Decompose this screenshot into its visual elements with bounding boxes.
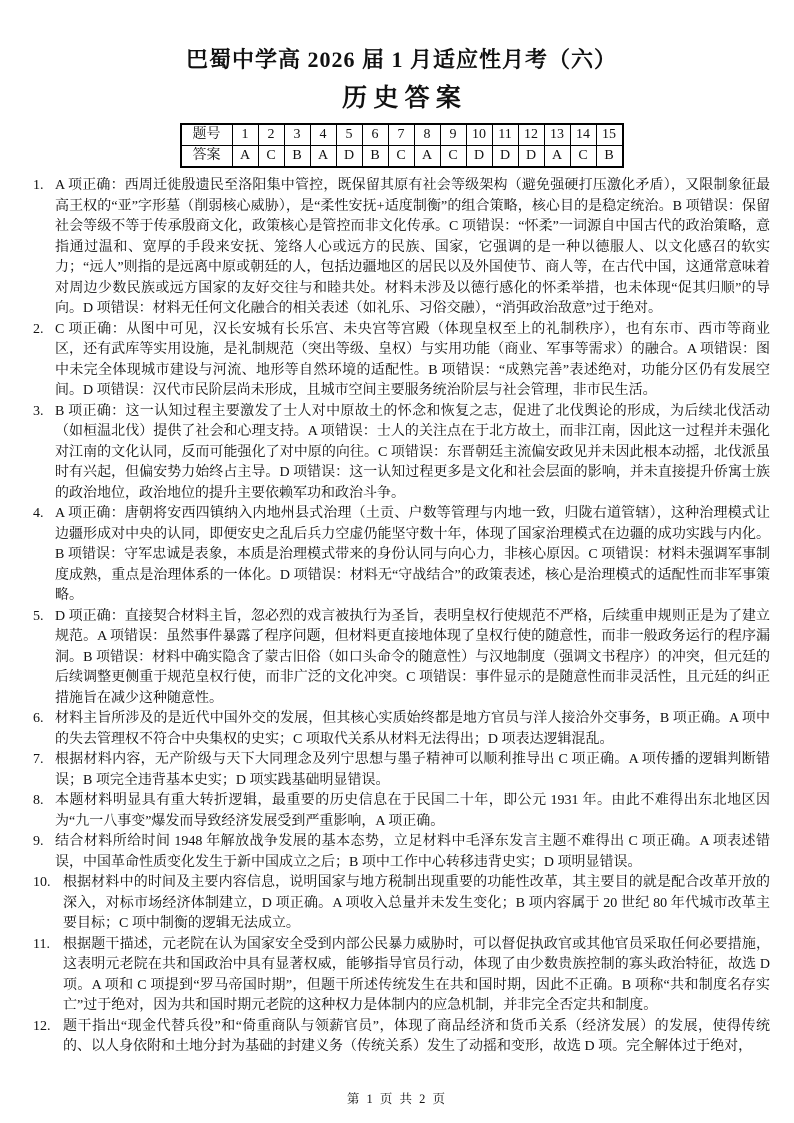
question-number-cell: 9 [440,124,466,146]
question-number-cell: 3 [284,124,310,146]
question-number-row: 题号 1 2 3 4 5 6 7 8 9 10 11 12 13 14 15 [181,124,623,146]
item-number: 12. [33,1017,63,1058]
question-number-cell: 14 [570,124,596,146]
question-number-cell: 5 [336,124,362,146]
question-number-cell: 6 [362,124,388,146]
item-text: 题干指出“现金代替兵役”和“倚重商队与领薪官员”，体现了商品经济和货币关系（经济… [63,1017,770,1058]
answer-cell: D [518,146,544,168]
item-text: 材料主旨所涉及的是近代中国外交的发展，但其核心实质始终都是地方官员与洋人接洽外交… [55,709,770,750]
item-text: 结合材料所给时间 1948 年解放战争发展的基本态势，立足材料中毛泽东发言主题不… [55,832,770,873]
explanation-item: 4. A 项正确：唐朝将安西四镇纳入内地州县式治理（土贡、户数等管理与内地一致，… [33,504,770,607]
explanation-item: 7. 根据材料内容，无产阶级与天下大同理念及列宁思想与墨子精神可以顺利推导出 C… [33,750,770,791]
answer-cell: A [310,146,336,168]
item-number: 4. [33,504,55,607]
document-page: 巴蜀中学高 2026 届 1 月适应性月考（六） 历 史 答 案 题号 1 2 … [0,0,794,1123]
question-number-header: 题号 [181,124,233,146]
explanation-item: 9. 结合材料所给时间 1948 年解放战争发展的基本态势，立足材料中毛泽东发言… [33,832,770,873]
explanation-item: 5. D 项正确：直接契合材料主旨，忽必烈的戏言被执行为圣旨，表明皇权行使规范不… [33,607,770,710]
question-number-cell: 12 [518,124,544,146]
item-number: 7. [33,750,55,791]
question-number-cell: 7 [388,124,414,146]
answer-cell: B [284,146,310,168]
answer-cell: D [466,146,492,168]
explanation-item: 12. 题干指出“现金代替兵役”和“倚重商队与领薪官员”，体现了商品经济和货币关… [33,1017,770,1058]
question-number-cell: 4 [310,124,336,146]
question-number-cell: 8 [414,124,440,146]
page-title: 巴蜀中学高 2026 届 1 月适应性月考（六） [33,46,770,74]
explanation-item: 3. B 项正确：这一认知过程主要激发了士人对中原故土的怀念和恢复之志，促进了北… [33,402,770,505]
item-text: 根据题干描述，元老院在认为国家安全受到内部公民暴力威胁时，可以督促执政官或其他官… [63,935,770,1017]
item-text: B 项正确：这一认知过程主要激发了士人对中原故土的怀念和恢复之志，促进了北伐舆论… [55,402,770,505]
item-number: 3. [33,402,55,505]
item-number: 8. [33,791,55,832]
item-text: C 项正确：从图中可见，汉长安城有长乐宫、未央宫等宫殿（体现皇权至上的礼制秩序）… [55,320,770,402]
item-number: 6. [33,709,55,750]
item-text: A 项正确：西周迁徙殷遗民至洛阳集中管控，既保留其原有社会等级架构（避免强硬打压… [55,176,770,320]
explanation-list: 1. A 项正确：西周迁徙殷遗民至洛阳集中管控，既保留其原有社会等级架构（避免强… [33,176,770,1058]
explanation-item: 6. 材料主旨所涉及的是近代中国外交的发展，但其核心实质始终都是地方官员与洋人接… [33,709,770,750]
explanation-item: 11. 根据题干描述，元老院在认为国家安全受到内部公民暴力威胁时，可以督促执政官… [33,935,770,1017]
explanation-item: 1. A 项正确：西周迁徙殷遗民至洛阳集中管控，既保留其原有社会等级架构（避免强… [33,176,770,320]
page-subtitle: 历 史 答 案 [33,84,770,114]
question-number-cell: 1 [232,124,258,146]
answer-cell: A [544,146,570,168]
question-number-cell: 11 [492,124,518,146]
item-text: D 项正确：直接契合材料主旨，忽必烈的戏言被执行为圣旨，表明皇权行使规范不严格，… [55,607,770,710]
item-text: 根据材料中的时间及主要内容信息，说明国家与地方税制出现重要的功能性改革，其主要目… [63,873,770,935]
answer-cell: D [492,146,518,168]
answer-row: 答案 A C B A D B C A C D D D A C B [181,146,623,168]
answer-cell: C [388,146,414,168]
item-number: 9. [33,832,55,873]
page-footer: 第 1 页 共 2 页 [0,1089,794,1107]
answer-cell: A [414,146,440,168]
answer-cell: B [596,146,623,168]
item-text: A 项正确：唐朝将安西四镇纳入内地州县式治理（土贡、户数等管理与内地一致，归陇右… [55,504,770,607]
question-number-cell: 10 [466,124,492,146]
answer-cell: C [258,146,284,168]
item-text: 本题材料明显具有重大转折逻辑，最重要的历史信息在于民国二十年，即公元 1931 … [55,791,770,832]
item-text: 根据材料内容，无产阶级与天下大同理念及列宁思想与墨子精神可以顺利推导出 C 项正… [55,750,770,791]
explanation-item: 10. 根据材料中的时间及主要内容信息，说明国家与地方税制出现重要的功能性改革，… [33,873,770,935]
answer-cell: D [336,146,362,168]
answer-cell: A [232,146,258,168]
explanation-item: 2. C 项正确：从图中可见，汉长安城有长乐宫、未央宫等宫殿（体现皇权至上的礼制… [33,320,770,402]
item-number: 11. [33,935,63,1017]
answer-header: 答案 [181,146,233,168]
item-number: 10. [33,873,63,935]
item-number: 5. [33,607,55,710]
question-number-cell: 13 [544,124,570,146]
item-number: 2. [33,320,55,402]
question-number-cell: 15 [596,124,623,146]
answer-table: 题号 1 2 3 4 5 6 7 8 9 10 11 12 13 14 15 答… [180,123,624,168]
item-number: 1. [33,176,55,320]
explanation-item: 8. 本题材料明显具有重大转折逻辑，最重要的历史信息在于民国二十年，即公元 19… [33,791,770,832]
answer-cell: C [570,146,596,168]
question-number-cell: 2 [258,124,284,146]
answer-cell: B [362,146,388,168]
answer-cell: C [440,146,466,168]
